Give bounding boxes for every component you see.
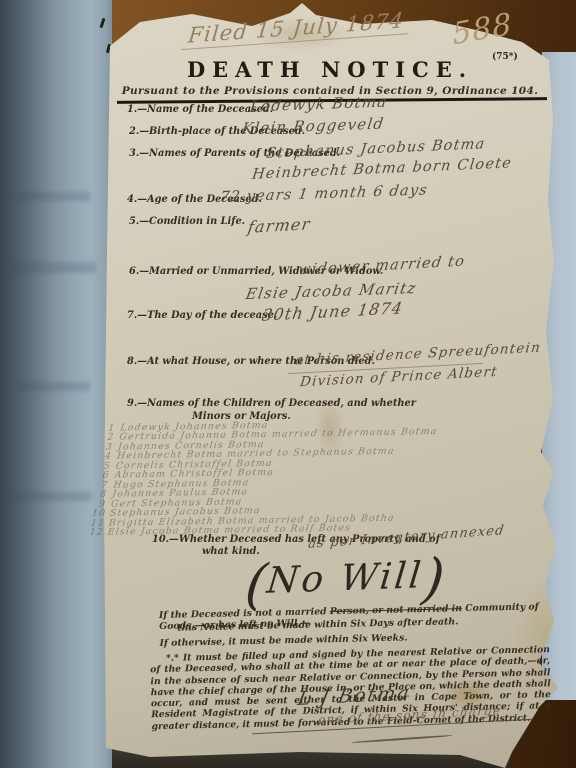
footer-notes: If the Deceased is not a married Person,… [0,0,576,768]
photo-of-death-notice: { "annotations": { "filed_note": "Filed … [0,0,576,768]
note-1-struck: Person, or not married in [330,603,462,617]
document-content: Filed 15 July 1874 588 (75*) DEATH NOTIC… [0,0,576,768]
note-2: If otherwise, it must be made within Six… [160,632,408,649]
